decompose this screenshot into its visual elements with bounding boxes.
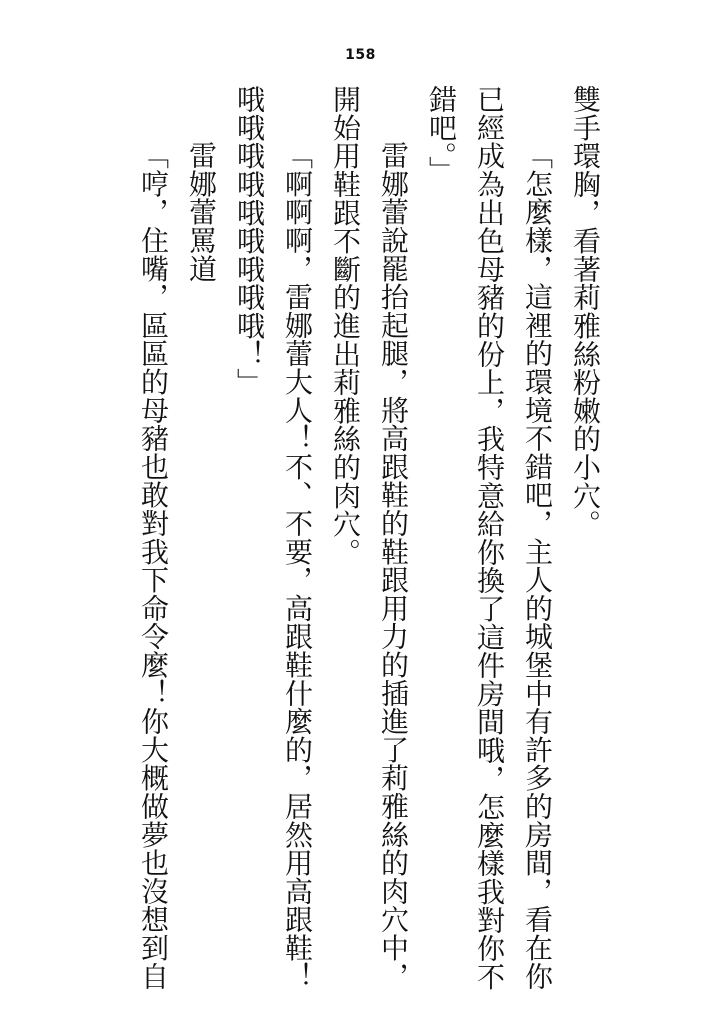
vertical-text-block: 雙手環胸，看著莉雅絲粉嫩的小穴。 「怎麼樣，這裡的環境不錯吧，主人的城堡中有許多…: [128, 85, 608, 991]
paragraph-2: 「怎麼樣，這裡的環境不錯吧，主人的城堡中有許多的房間，看在你已經成為出色母豬的份…: [416, 85, 560, 991]
page-number: 158: [0, 47, 721, 63]
book-page: 158 雙手環胸，看著莉雅絲粉嫩的小穴。 「怎麼樣，這裡的環境不錯吧，主人的城堡…: [0, 0, 721, 1020]
paragraph-5: 雷娜蕾罵道: [176, 85, 224, 991]
paragraph-1: 雙手環胸，看著莉雅絲粉嫩的小穴。: [560, 85, 608, 991]
paragraph-6: 「哼，住嘴，區區的母豬也敢對我下命令麼！你大概做夢也沒想到自: [128, 85, 176, 991]
paragraph-4: 「啊啊啊，雷娜蕾大人！不、不要，高跟鞋什麼的，居然用高跟鞋！哦哦哦哦哦哦哦哦哦！…: [224, 85, 320, 991]
paragraph-3: 雷娜蕾說罷抬起腿，將高跟鞋的鞋跟用力的插進了莉雅絲的肉穴中，開始用鞋跟不斷的進出…: [320, 85, 416, 991]
